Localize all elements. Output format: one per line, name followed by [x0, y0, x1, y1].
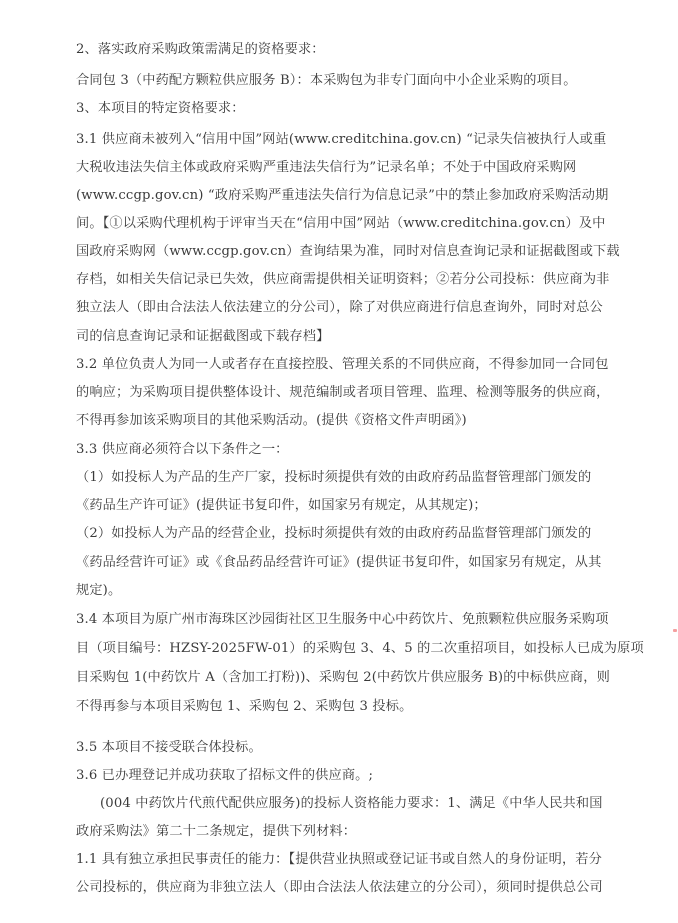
- text-line: 3.1 供应商未被列入“信用中国”网站(www.creditchina.gov.…: [76, 131, 606, 149]
- text-line: 目采购包 1(中药饮片 A（含加工打粉))、采购包 2(中药饮片供应服务 B)的…: [76, 669, 610, 687]
- text-line: （1）如投标人为产品的生产厂家，投标时须提供有效的由政府药品监督管理部门颁发的: [76, 469, 591, 487]
- text-line: 规定)。: [76, 582, 121, 600]
- text-line: 1.1 具有独立承担民事责任的能力：【提供营业执照或登记证书或自然人的身份证明，…: [76, 851, 602, 869]
- text-line: 独立法人（即由合法法人依法建立的分公司），除了对供应商进行信息查询外，同时对总公: [76, 299, 603, 317]
- text-line: 3、本项目的特定资格要求：: [76, 100, 245, 118]
- text-line: 3.2 单位负责人为同一人或者存在直接控股、管理关系的不同供应商，不得参加同一合…: [76, 356, 609, 374]
- text-line: 3.5 本项目不接受联合体投标。: [76, 739, 262, 757]
- text-line: (www.ccgp.gov.cn) “政府采购严重违法失信行为信息记录”中的禁止…: [76, 187, 608, 205]
- text-line: (004 中药饮片代煎代配供应服务)的投标人资格能力要求：1、满足《中华人民共和…: [100, 795, 603, 813]
- margin-mark: [673, 629, 677, 632]
- text-line: 大税收违法失信主体或政府采购严重违法失信行为”记录名单；不处于中国政府采购网: [76, 159, 576, 177]
- text-line: 存档，如相关失信记录已失效，供应商需提供相关证明资料；②若分公司投标：供应商为非: [76, 271, 610, 289]
- text-line: 3.4 本项目为原广州市海珠区沙园街社区卫生服务中心中药饮片、免煎颗粒供应服务采…: [76, 611, 609, 629]
- text-line: 目（项目编号：HZSY-2025FW-01）的采购包 3、4、5 的二次重招项目…: [76, 640, 644, 658]
- text-line: 的响应；为采购项目提供整体设计、规范编制或者项目管理、监理、检测等服务的供应商，: [76, 384, 610, 402]
- text-line: 3.6 已办理登记并成功获取了招标文件的供应商。;: [76, 767, 373, 785]
- text-line: 司的信息查询记录和证据截图或下载存档】: [76, 328, 329, 346]
- text-line: 《药品生产许可证》(提供证书复印件，如国家另有规定，从其规定)；: [76, 497, 487, 515]
- text-line: 间。【①以采购代理机构于评审当天在“信用中国”网站（www.creditchin…: [76, 215, 606, 233]
- text-line: 政府采购法》第二十二条规定，提供下列材料：: [76, 823, 356, 841]
- text-line: （2）如投标人为产品的经营企业，投标时须提供有效的由政府药品监督管理部门颁发的: [76, 525, 591, 543]
- text-line: 2、落实政府采购政策需满足的资格要求：: [76, 41, 325, 59]
- text-line: 不得再参加该采购项目的其他采购活动。(提供《资格文件声明函》): [76, 412, 467, 430]
- text-line: 不得再参与本项目采购包 1、采购包 2、采购包 3 投标。: [76, 698, 412, 716]
- text-line: 《药品经营许可证》或《食品药品经营许可证》(提供证书复印件，如国家另有规定，从其: [76, 554, 601, 572]
- document-page: 2、落实政府采购政策需满足的资格要求： 合同包 3（中药配方颗粒供应服务 B）：…: [0, 0, 678, 923]
- text-line: 公司投标的，供应商为非独立法人（即由合法法人依法建立的分公司），须同时提供总公司: [76, 879, 603, 897]
- text-line: 合同包 3（中药配方颗粒供应服务 B）：本采购包为非专门面向中小企业采购的项目。: [76, 72, 577, 90]
- text-line: 3.3 供应商必须符合以下条件之一：: [76, 441, 289, 459]
- text-line: 国政府采购网（www.ccgp.gov.cn）查询结果为准，同时对信息查询记录和…: [76, 243, 620, 261]
